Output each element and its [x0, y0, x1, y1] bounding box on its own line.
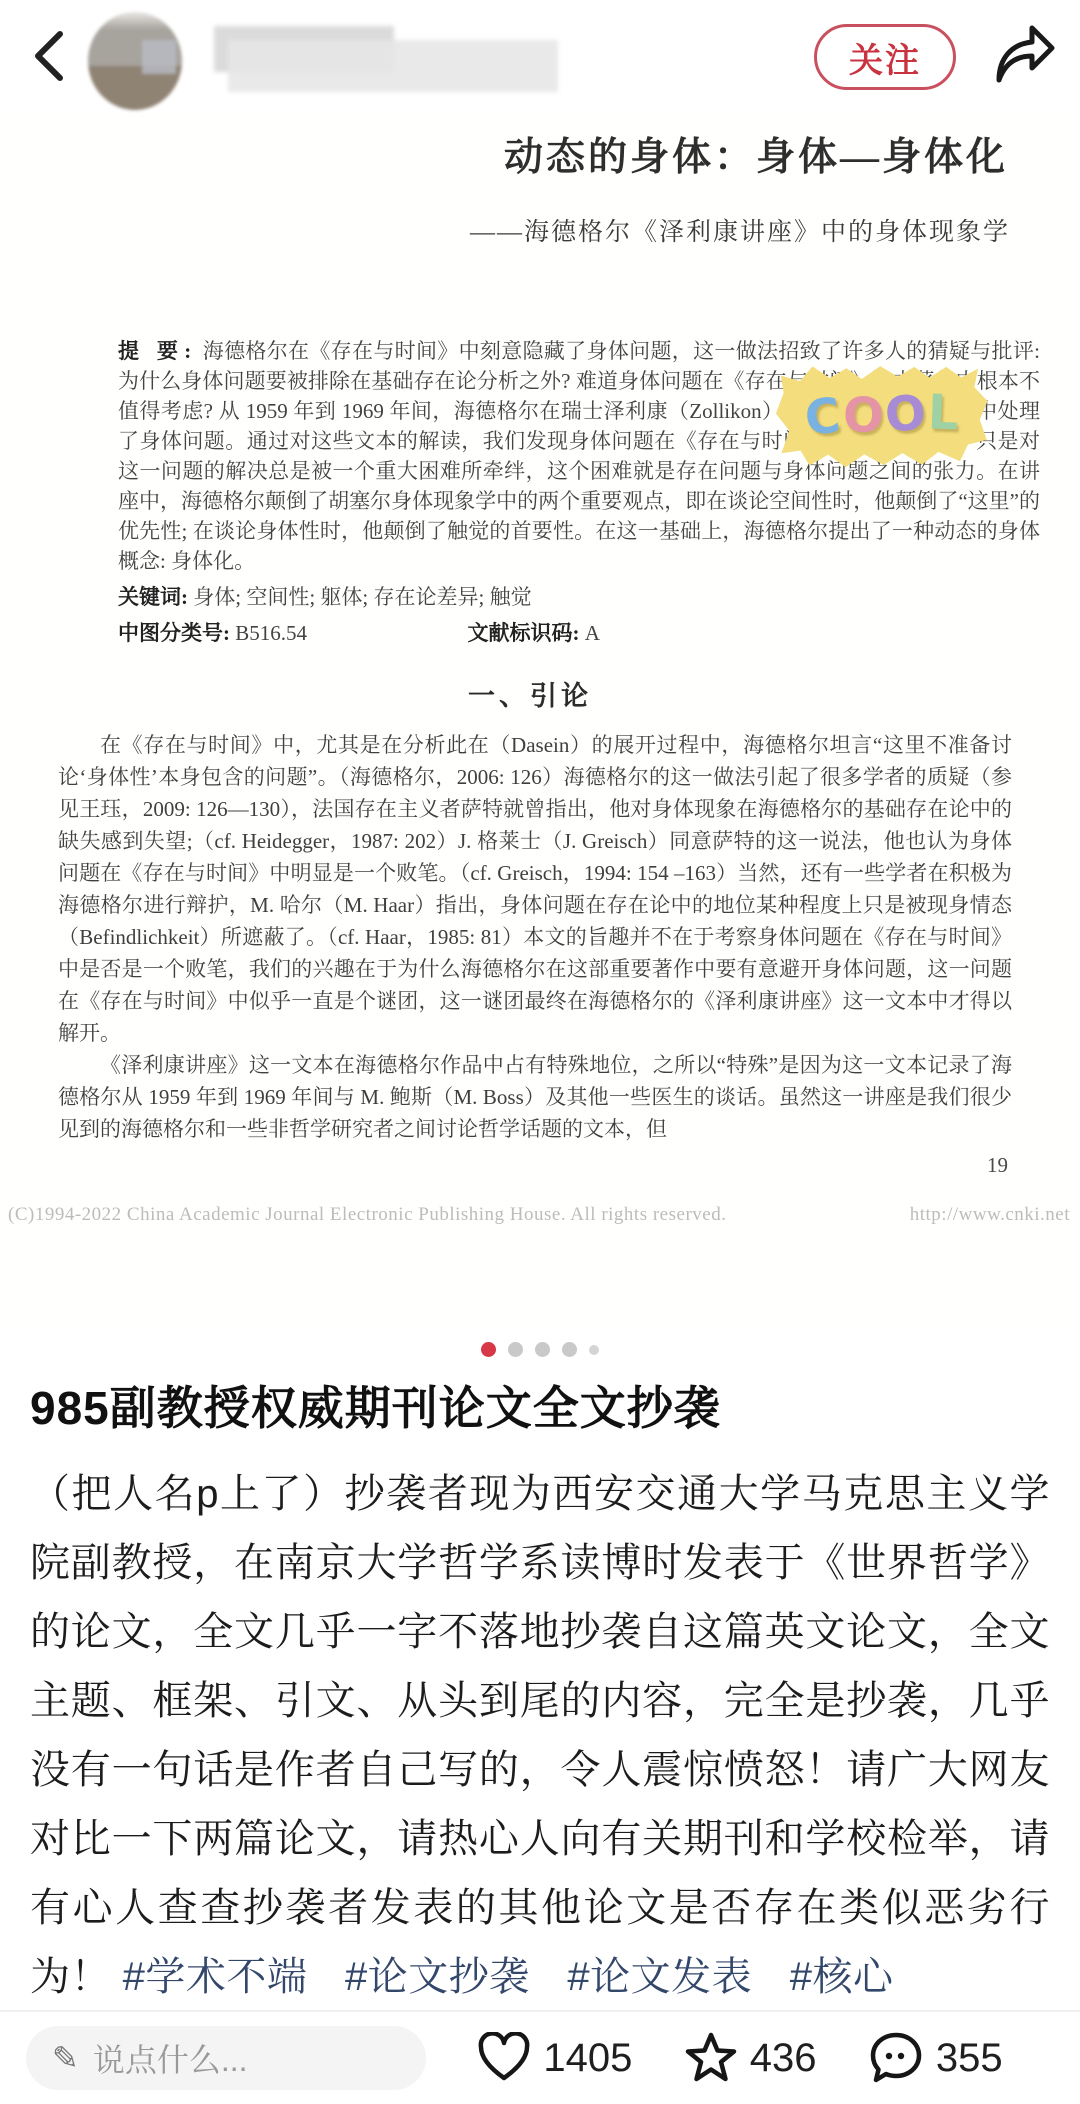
- engagement-stats: 1405 436 355: [426, 2031, 1054, 2085]
- paper-title: 动态的身体：身体—身体化: [0, 126, 1008, 182]
- carousel-dot: [535, 1342, 550, 1357]
- back-button[interactable]: [26, 26, 76, 86]
- sticker-letter: O: [842, 391, 884, 440]
- post-body-text: （把人名p上了）抄袭者现为西安交通大学马克思主义学院副教授，在南京大学哲学系读博…: [30, 1472, 1050, 1999]
- username-blurred[interactable]: [214, 26, 564, 96]
- like-count: 1405: [543, 2036, 632, 2081]
- paper-paragraph-2: 《泽利康讲座》这一文本在海德格尔作品中占有特殊地位，之所以“特殊”是因为这一文本…: [58, 1049, 1012, 1145]
- keywords-label: 关键词:: [118, 585, 188, 609]
- cool-sticker: C O O L: [774, 360, 989, 469]
- sticker-letter: L: [927, 388, 959, 437]
- share-arrow-icon: [994, 22, 1058, 88]
- share-button[interactable]: [994, 22, 1058, 88]
- clc-value: B516.54: [235, 621, 307, 645]
- post-content: 985副教授权威期刊论文全文抄袭 （把人名p上了）抄袭者现为西安交通大学马克思主…: [30, 1372, 1050, 2012]
- carousel-dot: [508, 1342, 523, 1357]
- comment-count: 355: [936, 2036, 1003, 2081]
- hashtag-link[interactable]: #学术不端: [123, 1955, 308, 1999]
- like-button[interactable]: 1405: [477, 2032, 632, 2084]
- collect-count: 436: [750, 2036, 817, 2081]
- paper-subtitle: ——海德格尔《泽利康讲座》中的身体现象学: [0, 212, 1010, 248]
- paper-abstract: 提 要: 海德格尔在《存在与时间》中刻意隐藏了身体问题，这一做法招致了许多人的猜…: [118, 336, 1040, 576]
- carousel-dots: [0, 1342, 1080, 1357]
- post-title: 985副教授权威期刊论文全文抄袭: [30, 1372, 1050, 1438]
- post-body: （把人名p上了）抄袭者现为西安交通大学马克思主义学院副教授，在南京大学哲学系读博…: [30, 1460, 1050, 2012]
- comment-button[interactable]: 355: [868, 2031, 1003, 2085]
- paper-paragraph-1: 在《存在与时间》中，尤其是在分析此在（Dasein）的展开过程中，海德格尔坦言“…: [58, 729, 1012, 1049]
- abstract-label: 提 要:: [118, 339, 197, 363]
- sticker-letter: C: [803, 391, 843, 442]
- top-bar: 关注: [0, 0, 1080, 112]
- heart-icon: [477, 2032, 531, 2084]
- hashtag-link[interactable]: #论文抄袭: [345, 1955, 530, 1999]
- star-icon: [684, 2032, 738, 2084]
- back-chevron-icon: [26, 26, 76, 86]
- comment-input[interactable]: ✎ 说点什么...: [26, 2026, 426, 2090]
- abstract-text: 海德格尔在《存在与时间》中刻意隐藏了身体问题，这一做法招致了许多人的猜疑与批评:…: [118, 339, 1040, 573]
- clc-label: 中图分类号:: [118, 621, 230, 645]
- pencil-icon: ✎: [52, 2039, 79, 2077]
- page-number: 19: [0, 1153, 1008, 1178]
- avatar[interactable]: [88, 12, 182, 110]
- copyright-text: (C)1994-2022 China Academic Journal Elec…: [8, 1204, 726, 1226]
- copyright-row: (C)1994-2022 China Academic Journal Elec…: [8, 1204, 1070, 1226]
- hashtag-link[interactable]: #核心: [790, 1955, 894, 1999]
- doc-code-value: A: [585, 621, 600, 645]
- comment-bubble-icon: [868, 2031, 924, 2085]
- hashtag-link[interactable]: #论文发表: [567, 1955, 752, 1999]
- collect-button[interactable]: 436: [684, 2032, 817, 2084]
- carousel-dot-active: [481, 1342, 496, 1357]
- keywords-text: 身体; 空间性; 躯体; 存在论差异; 触觉: [193, 585, 531, 609]
- copyright-url: http://www.cnki.net: [910, 1204, 1070, 1226]
- section-heading: 一、引论: [60, 674, 1000, 713]
- blur-block: [228, 40, 558, 92]
- sticker-letter: O: [883, 388, 928, 439]
- comment-placeholder: 说点什么...: [93, 2035, 248, 2081]
- doc-code-label: 文献标识码:: [468, 621, 580, 645]
- paper-classification: 中图分类号: B516.54 文献标识码: A: [118, 618, 1040, 648]
- carousel-dot: [589, 1345, 599, 1355]
- post-image-paper-scan[interactable]: 动态的身体：身体—身体化 ——海德格尔《泽利康讲座》中的身体现象学 C O O …: [0, 112, 1080, 1330]
- bottom-action-bar: ✎ 说点什么... 1405 436 355: [0, 2010, 1080, 2104]
- carousel-dot: [562, 1342, 577, 1357]
- paper-keywords: 关键词: 身体; 空间性; 躯体; 存在论差异; 触觉: [118, 582, 1040, 612]
- follow-button[interactable]: 关注: [814, 24, 956, 90]
